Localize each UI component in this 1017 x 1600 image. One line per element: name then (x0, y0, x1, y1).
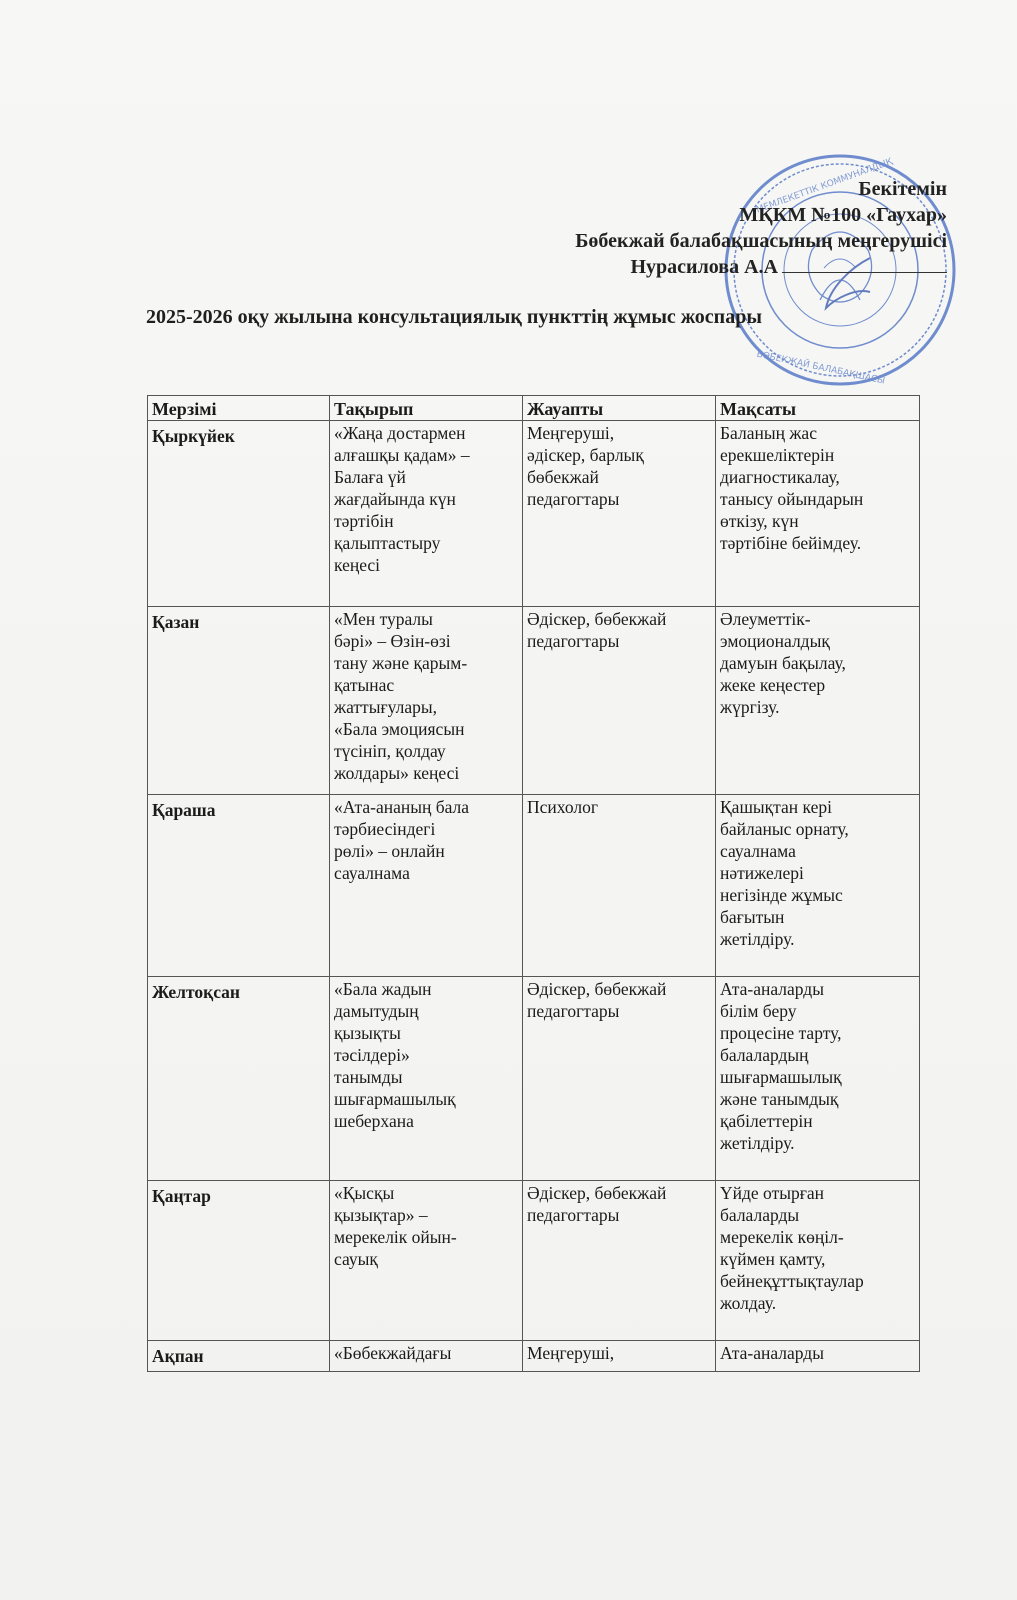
cell-responsible: Әдіскер, бөбекжай педагогтары (523, 607, 716, 795)
table-row: Қаңтар «Қысқы қызықтар» – мерекелік ойын… (148, 1181, 920, 1341)
table-row: Желтоқсан «Бала жадын дамытудың қызықты … (148, 977, 920, 1181)
cell-responsible: Әдіскер, бөбекжай педагогтары (523, 1181, 716, 1341)
approval-block: Бекітемін МҚКМ №100 «Гаухар» Бөбекжай ба… (575, 176, 947, 280)
cell-month: Желтоқсан (148, 977, 330, 1181)
cell-month: Ақпан (148, 1341, 330, 1372)
table-row: Қараша «Ата-ананың бала тәрбиесіндегі рө… (148, 795, 920, 977)
cell-topic: «Қысқы қызықтар» – мерекелік ойын- сауық (330, 1181, 523, 1341)
cell-goal: Ата-аналарды (716, 1341, 920, 1372)
cell-goal: Үйде отырған балаларды мерекелік көңіл- … (716, 1181, 920, 1341)
signature-line (782, 258, 947, 273)
approved-label: Бекітемін (575, 176, 947, 202)
cell-goal: Ата-аналарды білім беру процесіне тарту,… (716, 977, 920, 1181)
svg-text:БӨБЕКЖАЙ БАЛАБАҚШАСЫ: БӨБЕКЖАЙ БАЛАБАҚШАСЫ (756, 348, 887, 387)
cell-topic: «Жаңа достармен алғашқы қадам» – Балаға … (330, 421, 523, 607)
cell-goal: Баланың жас ерекшеліктерін диагностикала… (716, 421, 920, 607)
document-title: 2025-2026 оқу жылына консультациялық пун… (146, 306, 762, 329)
header-topic: Тақырып (330, 396, 523, 421)
cell-responsible: Меңгеруші, (523, 1341, 716, 1372)
table-row: Қыркүйек «Жаңа достармен алғашқы қадам» … (148, 421, 920, 607)
signatory-line: Нурасилова А.А (575, 254, 947, 280)
cell-topic: «Мен туралы бәрі» – Өзін-өзі тану және қ… (330, 607, 523, 795)
document-page: МЕМЛЕКЕТТІК КОММУНАЛДЫҚ БӨБЕКЖАЙ БАЛАБАҚ… (0, 0, 1017, 1600)
signatory-name: Нурасилова А.А (631, 256, 779, 278)
cell-topic: «Бөбекжайдағы (330, 1341, 523, 1372)
table-row: Қазан «Мен туралы бәрі» – Өзін-өзі тану … (148, 607, 920, 795)
header-goal: Мақсаты (716, 396, 920, 421)
header-period: Мерзімі (148, 396, 330, 421)
header-responsible: Жауапты (523, 396, 716, 421)
cell-goal: Қашықтан кері байланыс орнату, сауалнама… (716, 795, 920, 977)
cell-topic: «Ата-ананың бала тәрбиесіндегі рөлі» – о… (330, 795, 523, 977)
cell-month: Қазан (148, 607, 330, 795)
cell-topic: «Бала жадын дамытудың қызықты тәсілдері»… (330, 977, 523, 1181)
organization-name: МҚКМ №100 «Гаухар» (575, 202, 947, 228)
consultation-plan-table: Мерзімі Тақырып Жауапты Мақсаты Қыркүйек… (147, 395, 920, 1372)
cell-responsible: Меңгеруші, әдіскер, барлық бөбекжай педа… (523, 421, 716, 607)
cell-responsible: Психолог (523, 795, 716, 977)
cell-responsible: Әдіскер, бөбекжай педагогтары (523, 977, 716, 1181)
table-header-row: Мерзімі Тақырып Жауапты Мақсаты (148, 396, 920, 421)
table-row: Ақпан «Бөбекжайдағы Меңгеруші, Ата-анала… (148, 1341, 920, 1372)
cell-month: Қаңтар (148, 1181, 330, 1341)
cell-goal: Әлеуметтік- эмоционалдық дамуын бақылау,… (716, 607, 920, 795)
cell-month: Қараша (148, 795, 330, 977)
signatory-position: Бөбекжай балабақшасының меңгерушісі (575, 228, 947, 254)
cell-month: Қыркүйек (148, 421, 330, 607)
